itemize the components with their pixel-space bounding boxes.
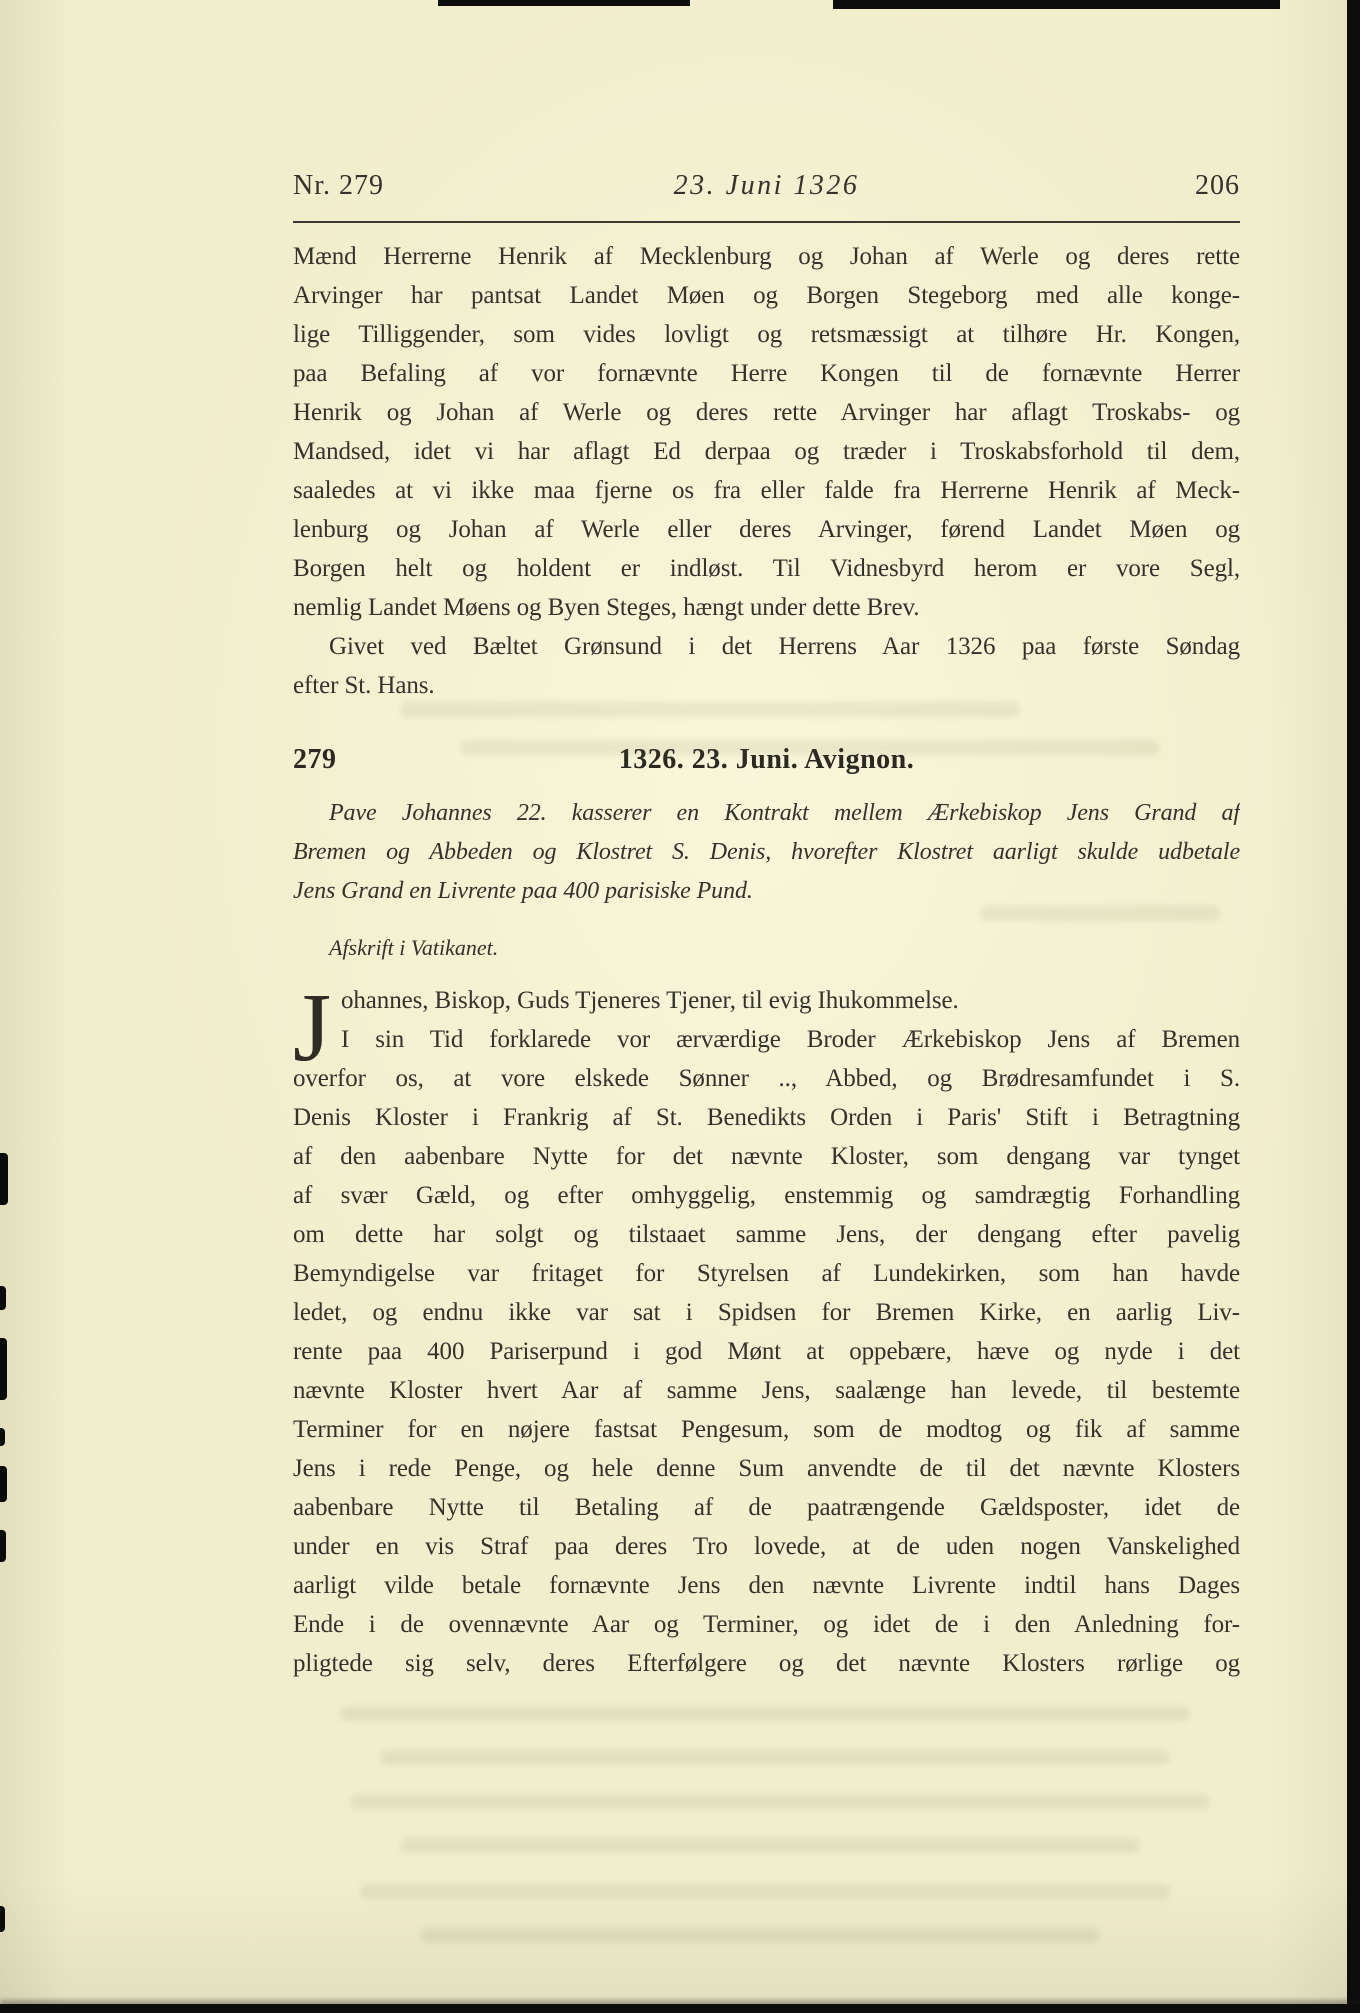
document-text-continuation: Mænd Herrerne Henrik af Mecklenburg og J… bbox=[293, 237, 1240, 705]
bleed-through-ghost bbox=[460, 740, 1160, 755]
bleed-through-ghost bbox=[400, 702, 1020, 717]
scan-artifact-bottom-bar bbox=[0, 2004, 1360, 2013]
text-line: under en vis Straf paa deres Tro lovede,… bbox=[293, 1527, 1240, 1566]
text-line: lenburg og Johan af Werle eller deres Ar… bbox=[293, 510, 1240, 549]
entry-number: 279 bbox=[293, 744, 337, 776]
text-line: I sin Tid forklarede vor ærværdige Brode… bbox=[341, 1020, 1240, 1059]
source-note: Afskrift i Vatikanet. bbox=[293, 935, 1240, 961]
text-line: saaledes at vi ikke maa fjerne os fra el… bbox=[293, 471, 1240, 510]
text-line: om dette har solgt og tilstaaet samme Je… bbox=[293, 1215, 1240, 1254]
page-edge-mark bbox=[0, 1286, 6, 1310]
text-line: Givet ved Bæltet Grønsund i det Herrens … bbox=[293, 627, 1240, 666]
text-line: af svær Gæld, og efter omhyggelig, enste… bbox=[293, 1176, 1240, 1215]
bleed-through-ghost bbox=[420, 1928, 1100, 1943]
header-rule bbox=[293, 221, 1240, 223]
bleed-through-ghost bbox=[350, 1794, 1210, 1809]
text-line: Bemyndigelse var fritaget for Styrelsen … bbox=[293, 1254, 1240, 1293]
header-entry-number: Nr. 279 bbox=[293, 170, 513, 202]
text-line: Henrik og Johan af Werle og deres rette … bbox=[293, 393, 1240, 432]
text-line: efter St. Hans. bbox=[293, 666, 1240, 705]
text-line: Ende i de ovennævnte Aar og Terminer, og… bbox=[293, 1605, 1240, 1644]
running-header: Nr. 279 23. Juni 1326 206 bbox=[293, 170, 1240, 202]
text-line: Denis Kloster i Frankrig af St. Benedikt… bbox=[293, 1098, 1240, 1137]
text-line: Arvinger har pantsat Landet Møen og Borg… bbox=[293, 276, 1240, 315]
page-edge-mark bbox=[0, 1338, 7, 1400]
text-line: aarligt vilde betale fornævnte Jens den … bbox=[293, 1566, 1240, 1605]
text-line: Pave Johannes 22. kasserer en Kontrakt m… bbox=[293, 794, 1240, 833]
page-edge-mark bbox=[0, 1428, 5, 1446]
page-edge-mark bbox=[0, 1153, 8, 1205]
text-line: Borgen helt og holdent er indløst. Til V… bbox=[293, 549, 1240, 588]
text-line: aabenbare Nytte til Betaling af de paatr… bbox=[293, 1488, 1240, 1527]
text-line: Jens i rede Penge, og hele denne Sum anv… bbox=[293, 1449, 1240, 1488]
text-line: rente paa 400 Pariserpund i god Mønt at … bbox=[293, 1332, 1240, 1371]
text-line: lige Tilliggender, som vides lovligt og … bbox=[293, 315, 1240, 354]
bleed-through-ghost bbox=[340, 1706, 1190, 1721]
text-line: ledet, og endnu ikke var sat i Spidsen f… bbox=[293, 1293, 1240, 1332]
text-line: nævnte Kloster hvert Aar af samme Jens, … bbox=[293, 1371, 1240, 1410]
page-number: 206 bbox=[1020, 170, 1240, 202]
entry-summary: Pave Johannes 22. kasserer en Kontrakt m… bbox=[293, 794, 1240, 911]
bleed-through-ghost bbox=[980, 906, 1220, 921]
text-line: Mænd Herrerne Henrik af Mecklenburg og J… bbox=[293, 237, 1240, 276]
text-line: Bremen og Abbeden og Klostret S. Denis, … bbox=[293, 833, 1240, 872]
text-line: pligtede sig selv, deres Efterfølgere og… bbox=[293, 1644, 1240, 1683]
text-line: Mandsed, idet vi har aflagt Ed derpaa og… bbox=[293, 432, 1240, 471]
dropcap-initial: J bbox=[293, 981, 341, 1059]
page-edge-mark bbox=[0, 1906, 5, 1932]
text-line: nemlig Landet Møens og Byen Steges, hæng… bbox=[293, 588, 1240, 627]
text-line: overfor os, at vore elskede Sønner .., A… bbox=[293, 1059, 1240, 1098]
scan-artifact-right-strip bbox=[1347, 0, 1360, 2013]
page-edge-mark bbox=[0, 1466, 7, 1502]
bleed-through-ghost bbox=[400, 1838, 1140, 1853]
scan-artifact-top-bar bbox=[438, 0, 690, 6]
page-edge-mark bbox=[0, 1530, 6, 1562]
scan-artifact-top-bar bbox=[833, 0, 1280, 9]
entry-body: J ohannes, Biskop, Guds Tjeneres Tjener,… bbox=[293, 981, 1240, 1683]
header-date: 23. Juni 1326 bbox=[513, 170, 1020, 202]
text-line: ohannes, Biskop, Guds Tjeneres Tjener, t… bbox=[341, 981, 1240, 1020]
text-line: paa Befaling af vor fornævnte Herre Kong… bbox=[293, 354, 1240, 393]
scanned-book-page: Nr. 279 23. Juni 1326 206 Mænd Herrerne … bbox=[0, 0, 1360, 2013]
text-line: af den aabenbare Nytte for det nævnte Kl… bbox=[293, 1137, 1240, 1176]
bleed-through-ghost bbox=[360, 1884, 1170, 1899]
bleed-through-ghost bbox=[380, 1750, 1170, 1765]
text-line: Terminer for en nøjere fastsat Pengesum,… bbox=[293, 1410, 1240, 1449]
